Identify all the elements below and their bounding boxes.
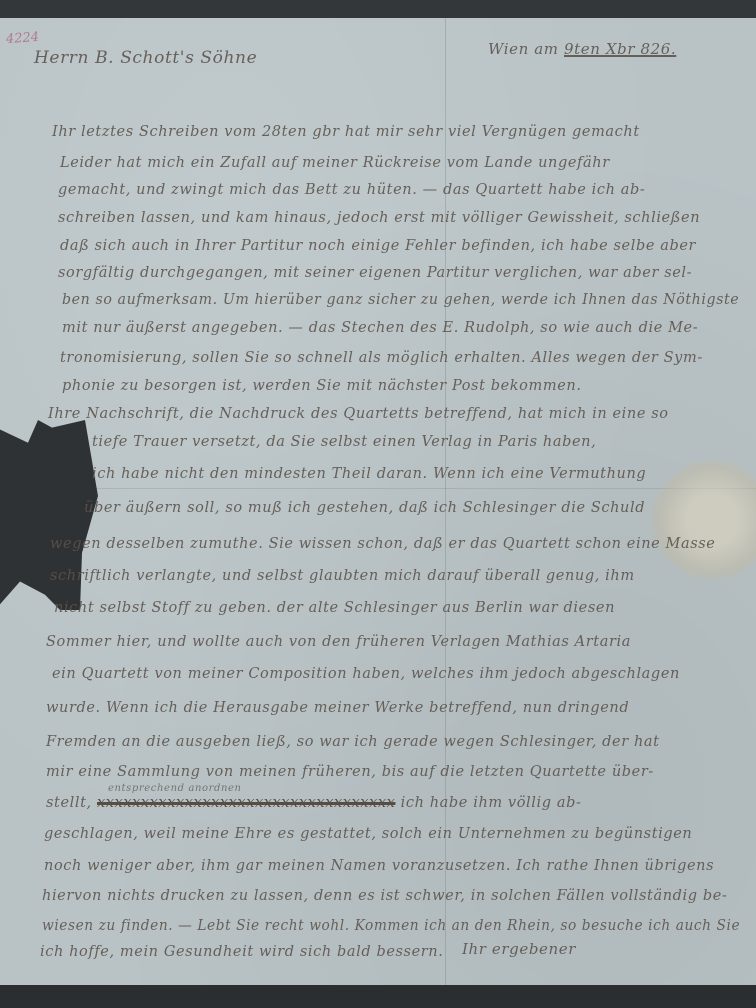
- struck-through-text: xxxxxxxxxxxxxxxxxxxxxxxxxxxxxxxxxx: [97, 795, 395, 811]
- letter-line: daß sich auch in Ihrer Partitur noch ein…: [60, 238, 696, 254]
- dateline-place: Wien am: [488, 40, 559, 58]
- letter-line: Ihr letztes Schreiben vom 28ten gbr hat …: [52, 124, 640, 140]
- letter-line: sorgfältig durchgegangen, mit seiner eig…: [58, 265, 692, 281]
- letter-line: tronomisierung, sollen Sie so schnell al…: [60, 350, 703, 366]
- archive-mark: 4224: [6, 30, 40, 47]
- letter-line: wegen desselben zumuthe. Sie wissen scho…: [50, 536, 716, 552]
- letter-line: nicht selbst Stoff zu geben. der alte Sc…: [54, 600, 615, 616]
- letter-line: Sommer hier, und wollte auch von den frü…: [46, 634, 631, 650]
- scan-backing: [0, 0, 756, 18]
- letter-line: schreiben lassen, und kam hinaus, jedoch…: [58, 210, 700, 226]
- letter-line: phonie zu besorgen ist, werden Sie mit n…: [62, 378, 582, 394]
- line-end: ich habe ihm völlig ab-: [401, 795, 582, 811]
- letter-line: wurde. Wenn ich die Herausgabe meiner We…: [46, 700, 629, 716]
- dateline-date: 9ten Xbr 826.: [564, 40, 676, 58]
- letter-line: ben so aufmerksam. Um hierüber ganz sich…: [62, 292, 739, 308]
- closing: Ihr ergebener: [462, 940, 576, 958]
- letter-line: geschlagen, weil meine Ehre es gestattet…: [44, 826, 692, 842]
- letter-line: ein Quartett von meiner Composition habe…: [52, 666, 680, 682]
- addressee: Herrn B. Schott's Söhne: [34, 48, 257, 68]
- letter-line: hiervon nichts drucken zu lassen, denn e…: [42, 888, 727, 904]
- letter-line: Leider hat mich ein Zufall auf meiner Rü…: [60, 155, 610, 171]
- letter-line: über äußern soll, so muß ich gestehen, d…: [84, 500, 645, 516]
- letter-line: ich hoffe, mein Gesundheit wird sich bal…: [40, 944, 443, 960]
- letter-line: mir eine Sammlung von meinen früheren, b…: [46, 764, 654, 780]
- letter-line: wiesen zu finden. — Lebt Sie recht wohl.…: [42, 918, 740, 934]
- letter-line: schriftlich verlangte, und selbst glaubt…: [50, 568, 635, 584]
- fold-line-horizontal: [0, 488, 756, 489]
- letter-line: ich habe nicht den mindesten Theil daran…: [92, 466, 646, 482]
- line-start: stellt,: [46, 795, 97, 811]
- letter-line: mit nur äußerst angegeben. — das Stechen…: [62, 320, 698, 336]
- letter-line: gemacht, und zwingt mich das Bett zu hüt…: [58, 182, 645, 198]
- letter-line-struck: stellt, xxxxxxxxxxxxxxxxxxxxxxxxxxxxxxxx…: [46, 795, 582, 811]
- letter-line: Fremden an die ausgeben ließ, so war ich…: [46, 734, 660, 750]
- letter-line: tiefe Trauer versetzt, da Sie selbst ein…: [92, 434, 596, 450]
- letter-line: noch weniger aber, ihm gar meinen Namen …: [44, 858, 714, 874]
- interlinear-note: entsprechend anordnen: [108, 783, 242, 794]
- letter-line: Ihre Nachschrift, die Nachdruck des Quar…: [48, 406, 669, 422]
- dateline: Wien am 9ten Xbr 826.: [488, 40, 676, 58]
